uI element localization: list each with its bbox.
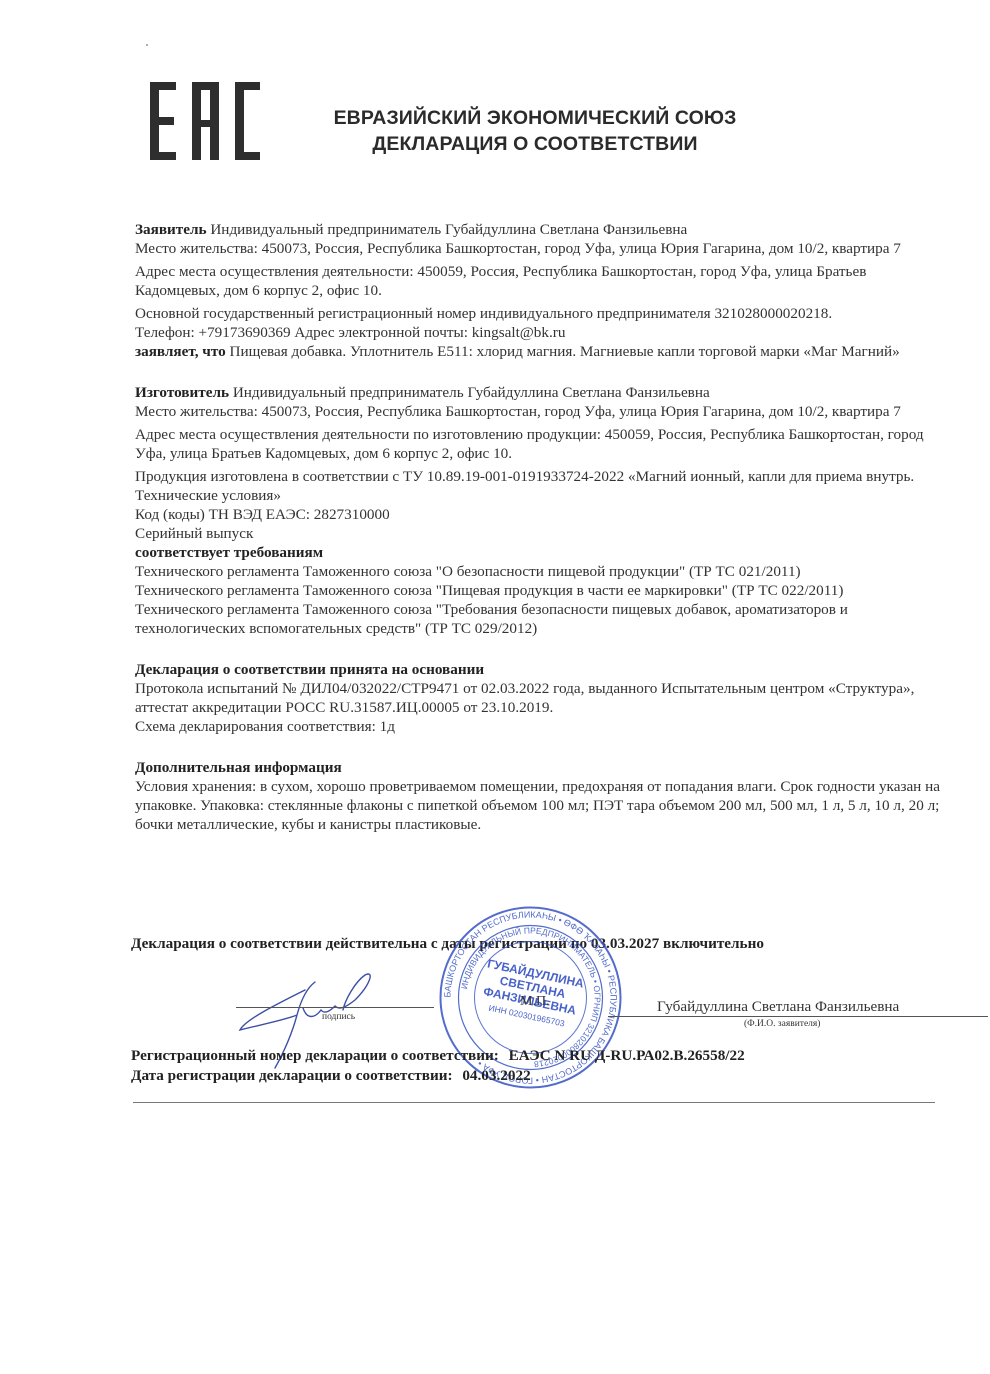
declaration-body: Заявитель Индивидуальный предприниматель… xyxy=(135,220,955,834)
tnved-code: Код (коды) ТН ВЭД ЕАЭС: 2827310000 xyxy=(135,505,955,524)
release-type: Серийный выпуск xyxy=(135,524,955,543)
document-title: ЕВРАЗИЙСКИЙ ЭКОНОМИЧЕСКИЙ СОЮЗ ДЕКЛАРАЦИ… xyxy=(300,105,770,157)
requirements-label: соответствует требованиям xyxy=(135,543,955,562)
manufacturer-name: Индивидуальный предприниматель Губайдулл… xyxy=(229,384,710,401)
requirement-item: Технического регламента Таможенного союз… xyxy=(135,581,955,600)
registration-date-label: Дата регистрации декларации о соответств… xyxy=(131,1067,453,1084)
declaration-scheme: Схема декларирования соответствия: 1д xyxy=(135,717,955,736)
manufacturer-residence: Место жительства: 450073, Россия, Респуб… xyxy=(135,402,955,421)
test-protocol: Протокола испытаний № ДИЛ04/032022/СТР94… xyxy=(135,679,955,717)
signature-line xyxy=(236,1007,434,1008)
product-description: Пищевая добавка. Уплотнитель Е511: хлори… xyxy=(226,343,900,360)
manufacturer-tu: Продукция изготовлена в соответствии с Т… xyxy=(135,467,955,505)
manufacturer-section: Изготовитель Индивидуальный предпринимат… xyxy=(135,383,955,638)
applicant-name: Индивидуальный предприниматель Губайдулл… xyxy=(207,221,688,238)
requirement-item: Технического регламента Таможенного союз… xyxy=(135,562,955,581)
signature-caption: подпись xyxy=(322,1012,355,1022)
applicant-contacts: Телефон: +79173690369 Адрес электронной … xyxy=(135,323,955,342)
scan-speck xyxy=(146,44,148,46)
registration-number-value: ЕАЭС N RU Д-RU.РА02.В.26558/22 xyxy=(509,1047,745,1064)
additional-info-text: Условия хранения: в сухом, хорошо провет… xyxy=(135,777,955,834)
registration-date-value: 04.03.2022 xyxy=(462,1067,530,1084)
applicant-activity-address: Адрес места осуществления деятельности: … xyxy=(135,262,955,300)
manufacturer-production-address: Адрес места осуществления деятельности п… xyxy=(135,425,955,463)
signer-caption: (Ф.И.О. заявителя) xyxy=(744,1019,820,1029)
additional-info-section: Дополнительная информация Условия хранен… xyxy=(135,758,955,834)
basis-label: Декларация о соответствии принята на осн… xyxy=(135,660,955,679)
title-declaration: ДЕКЛАРАЦИЯ О СООТВЕТСТВИИ xyxy=(300,131,770,157)
registration-block: Регистрационный номер декларации о соотв… xyxy=(131,1046,745,1086)
additional-info-label: Дополнительная информация xyxy=(135,758,955,777)
registration-date-row: Дата регистрации декларации о соответств… xyxy=(131,1066,745,1086)
registration-number-row: Регистрационный номер декларации о соотв… xyxy=(131,1046,745,1066)
bottom-divider xyxy=(133,1102,935,1103)
applicant-residence: Место жительства: 450073, Россия, Респуб… xyxy=(135,239,955,258)
basis-section: Декларация о соответствии принята на осн… xyxy=(135,660,955,736)
signer-name: Губайдуллина Светлана Фанзильевна xyxy=(657,998,899,1016)
applicant-section: Заявитель Индивидуальный предприниматель… xyxy=(135,220,955,361)
declares-label: заявляет, что xyxy=(135,343,226,360)
signer-name-line xyxy=(608,1016,988,1017)
title-union: ЕВРАЗИЙСКИЙ ЭКОНОМИЧЕСКИЙ СОЮЗ xyxy=(300,105,770,131)
registration-number-label: Регистрационный номер декларации о соотв… xyxy=(131,1047,499,1064)
manufacturer-label: Изготовитель xyxy=(135,384,229,401)
applicant-label: Заявитель xyxy=(135,221,207,238)
requirement-item: Технического регламента Таможенного союз… xyxy=(135,600,955,638)
applicant-ogrnip: Основной государственный регистрационный… xyxy=(135,304,955,323)
stamp-place-label: М.П. xyxy=(520,994,550,1010)
eac-logo xyxy=(150,82,260,160)
